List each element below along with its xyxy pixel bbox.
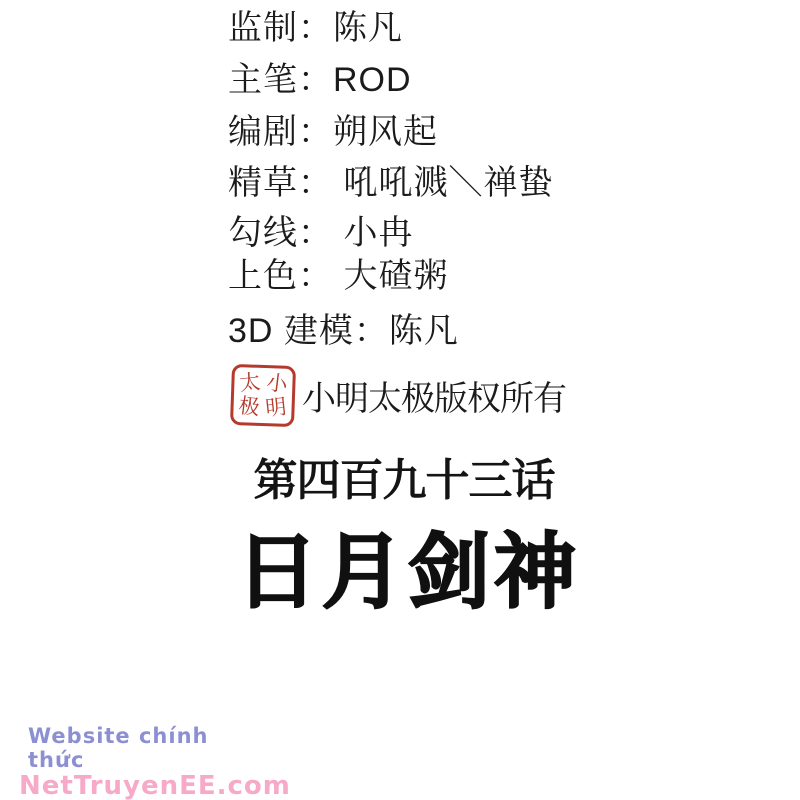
credit-line-lead-artist: 主笔：ROD: [228, 61, 412, 99]
seal-char-top-left: 太: [238, 371, 261, 394]
seal-char-bottom-left: 极: [237, 396, 260, 419]
comic-title-page: 监制：陈凡 主笔：ROD 编剧：朔风起 精草： 吼吼溅＼禅蛰 勾线： 小冉 上色…: [0, 0, 800, 800]
chapter-title: 日月剑神: [16, 528, 800, 618]
watermark-site-url: NetTruyenEE.com: [19, 772, 260, 800]
credit-line-screenwriter: 编剧：朔风起: [228, 113, 438, 151]
copyright-notice: 小明太极版权所有: [302, 371, 566, 420]
chapter-number: 第四百九十三话: [8, 456, 800, 506]
credit-line-3d-modeling: 3D 建模：陈凡: [228, 312, 459, 350]
seal-char-top-right: 小: [265, 372, 288, 395]
credit-line-coloring: 上色： 大碴粥: [228, 257, 448, 295]
copyright-row: 太 小 极 明 小明太极版权所有: [231, 365, 566, 426]
credit-line-inking: 勾线： 小冉: [228, 214, 413, 252]
credit-line-draft: 精草： 吼吼溅＼禅蛰: [228, 164, 553, 202]
watermark-official-site-label: Website chính thức: [28, 724, 260, 772]
credit-line-supervisor: 监制：陈凡: [228, 9, 403, 47]
seal-char-bottom-right: 明: [265, 397, 288, 420]
site-watermark: Website chính thức NetTruyenEE.com: [0, 724, 260, 800]
publisher-seal-stamp-icon: 太 小 极 明: [230, 364, 296, 427]
